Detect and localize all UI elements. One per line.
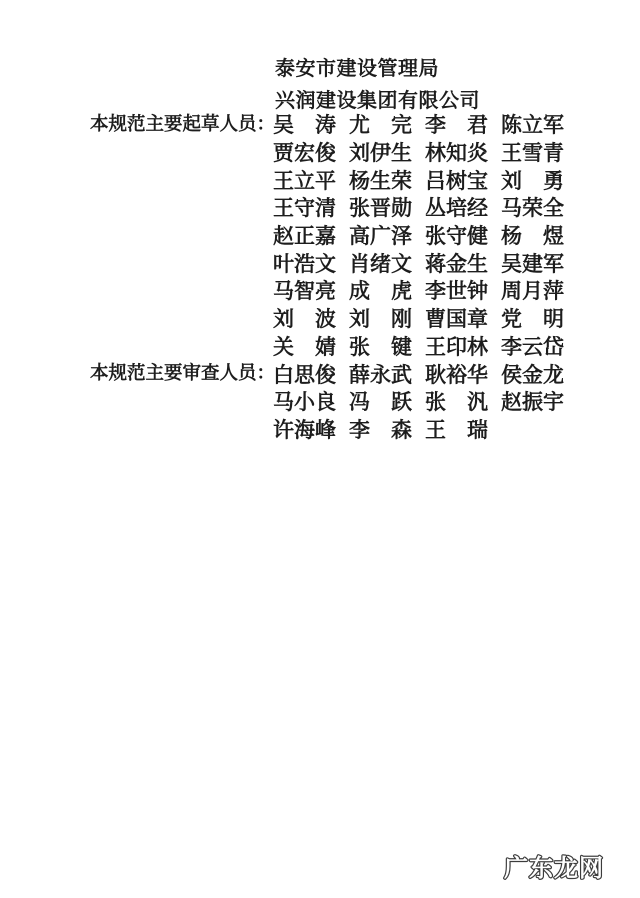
person-name: 杨生荣 [349, 171, 412, 192]
person-name: 吕树宝 [425, 171, 488, 192]
person-name: 马荣全 [501, 198, 564, 219]
drafter-row: 王立平 杨生荣 吕树宝 刘勇 [273, 167, 564, 195]
person-name: 马小良 [273, 392, 336, 413]
person-name: 关婧 [273, 337, 336, 358]
drafter-row: 王守清 张晋勋 丛培经 马荣全 [273, 195, 564, 223]
person-name: 马智亮 [273, 281, 336, 302]
document-page: 泰安市建设管理局 兴润建设集团有限公司 本规范主要起草人员： 本规范主要审查人员… [0, 0, 640, 898]
drafter-row: 赵正嘉 高广泽 张守健 杨煜 [273, 223, 564, 251]
person-name: 李云岱 [501, 337, 564, 358]
person-name: 张键 [349, 337, 412, 358]
drafter-row: 贾宏俊 刘伊生 林知炎 王雪青 [273, 140, 564, 168]
person-name: 刘伊生 [349, 143, 412, 164]
person-name: 李世钟 [425, 281, 488, 302]
reviewer-row: 白思俊 薛永武 耿裕华 侯金龙 [273, 361, 564, 389]
person-name: 成虎 [349, 281, 412, 302]
person-name: 刘勇 [501, 171, 564, 192]
person-name: 张晋勋 [349, 198, 412, 219]
person-name: 张汎 [425, 392, 488, 413]
drafters-label: 本规范主要起草人员： [90, 112, 275, 140]
issuer-line-1: 泰安市建设管理局 [275, 52, 439, 81]
person-name: 刘波 [273, 309, 336, 330]
person-name: 刘刚 [349, 309, 412, 330]
drafter-row: 吴涛 尤完 李君 陈立军 [273, 112, 564, 140]
person-name: 赵振宇 [501, 392, 564, 413]
person-name: 许海峰 [273, 420, 336, 441]
drafter-row: 刘波 刘刚 曹国章 党明 [273, 306, 564, 334]
person-name: 吴涛 [273, 115, 336, 136]
person-name: 王守清 [273, 198, 336, 219]
person-name: 赵正嘉 [273, 226, 336, 247]
person-name: 白思俊 [273, 365, 336, 386]
person-name: 林知炎 [425, 143, 488, 164]
drafter-row: 叶浩文 肖绪文 蒋金生 吴建军 [273, 250, 564, 278]
person-name: 陈立军 [501, 115, 564, 136]
person-name: 耿裕华 [425, 365, 488, 386]
person-name: 吴建军 [501, 254, 564, 275]
issuer-line-2: 兴润建设集团有限公司 [275, 84, 480, 113]
person-name: 张守健 [425, 226, 488, 247]
person-name: 蒋金生 [425, 254, 488, 275]
person-name: 周月萍 [501, 281, 564, 302]
person-name: 李森 [349, 420, 412, 441]
person-name: 王瑞 [425, 420, 488, 441]
person-name: 王雪青 [501, 143, 564, 164]
person-name: 杨煜 [501, 226, 564, 247]
person-name: 丛培经 [425, 198, 488, 219]
person-name: 冯跃 [349, 392, 412, 413]
reviewer-row: 马小良 冯跃 张汎 赵振宇 [273, 389, 564, 417]
watermark-text: 广东龙网 [504, 854, 604, 882]
drafter-row: 关婧 张键 王印林 李云岱 [273, 334, 564, 362]
person-name: 薛永武 [349, 365, 412, 386]
person-name: 尤完 [349, 115, 412, 136]
person-name: 李君 [425, 115, 488, 136]
reviewers-label: 本规范主要审查人员： [90, 361, 275, 389]
drafter-row: 马智亮 成虎 李世钟 周月萍 [273, 278, 564, 306]
names-grid: 吴涛 尤完 李君 陈立军 贾宏俊 刘伊生 林知炎 王雪青 王立平 杨生荣 吕树宝… [273, 112, 564, 444]
person-name: 高广泽 [349, 226, 412, 247]
person-name: 叶浩文 [273, 254, 336, 275]
site-watermark: 广东龙网 [498, 848, 634, 892]
person-name: 王立平 [273, 171, 336, 192]
person-name: 侯金龙 [501, 365, 564, 386]
person-name: 贾宏俊 [273, 143, 336, 164]
person-name: 肖绪文 [349, 254, 412, 275]
reviewer-row: 许海峰 李森 王瑞 [273, 417, 564, 445]
person-name: 党明 [501, 309, 564, 330]
person-name: 曹国章 [425, 309, 488, 330]
person-name: 王印林 [425, 337, 488, 358]
